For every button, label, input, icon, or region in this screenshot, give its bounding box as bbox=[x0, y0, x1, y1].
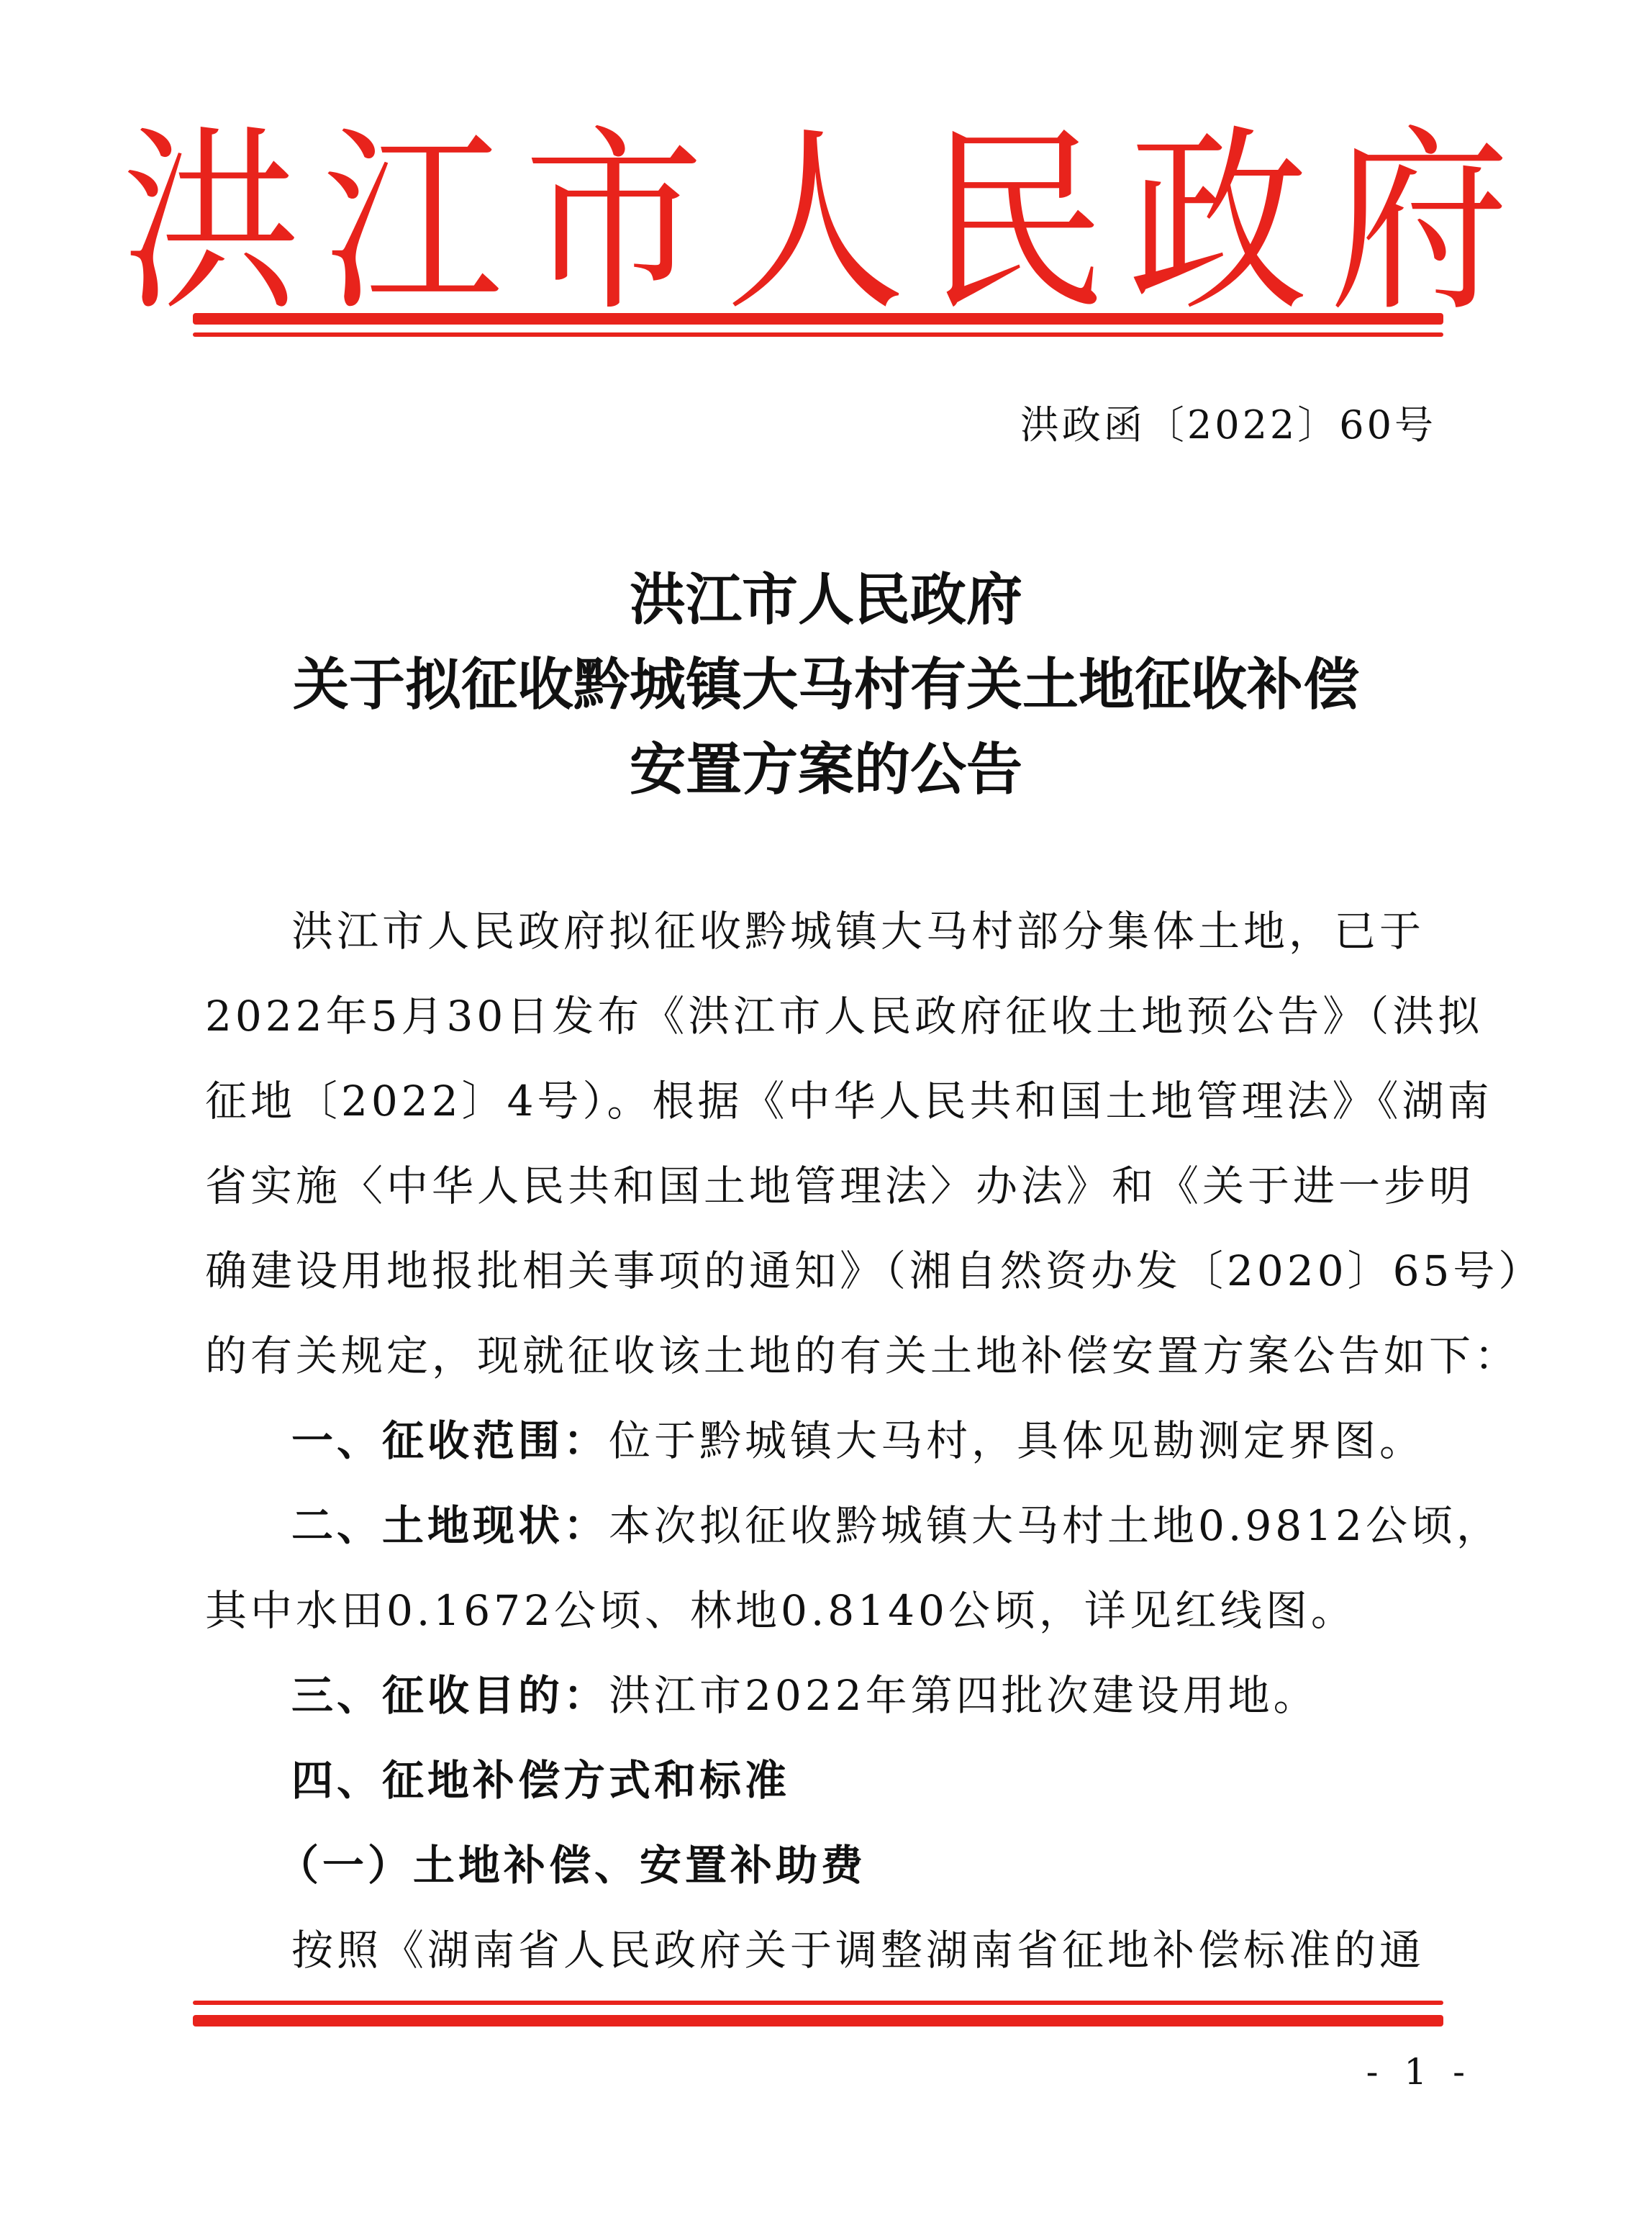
masthead-title: 洪江市人民政府 bbox=[0, 104, 1652, 342]
intro-line: 确建设用地报批相关事项的通知》（湘自然资办发〔2020〕65号） bbox=[205, 1228, 1464, 1313]
intro-line: 洪江市人民政府拟征收黔城镇大马村部分集体土地，已于 bbox=[205, 889, 1464, 974]
intro-line: 省实施〈中华人民共和国土地管理法〉办法》和《关于进一步明 bbox=[205, 1144, 1464, 1228]
title-line-3: 安置方案的公告 bbox=[0, 728, 1652, 812]
notice-title: 洪江市人民政府 关于拟征收黔城镇大马村有关土地征收补偿 安置方案的公告 bbox=[0, 558, 1652, 812]
section-4-text: 按照《湖南省人民政府关于调整湖南省征地补偿标准的通 bbox=[205, 1908, 1464, 1993]
section-4-subheading: （一）土地补偿、安置补助费 bbox=[205, 1823, 1464, 1908]
section-3-label: 三、征收目的： bbox=[291, 1671, 609, 1720]
section-1-text: 位于黔城镇大马村，具体见勘测定界图。 bbox=[609, 1416, 1425, 1465]
intro-line: 征地〔2022〕4号）。根据《中华人民共和国土地管理法》《湖南 bbox=[205, 1059, 1464, 1144]
document-number: 洪政函〔2022〕60号 bbox=[1020, 394, 1436, 450]
intro-line: 的有关规定，现就征收该土地的有关土地补偿安置方案公告如下： bbox=[205, 1313, 1464, 1398]
section-1-label: 一、征收范围： bbox=[291, 1416, 609, 1465]
section-2-continued: 其中水田0.1672公顷、林地0.8140公顷，详见红线图。 bbox=[205, 1568, 1464, 1653]
section-2: 二、土地现状：本次拟征收黔城镇大马村土地0.9812公顷， bbox=[205, 1483, 1464, 1568]
intro-line: 2022年5月30日发布《洪江市人民政府征收土地预公告》（洪拟 bbox=[205, 974, 1464, 1059]
intro-paragraph: 洪江市人民政府拟征收黔城镇大马村部分集体土地，已于 2022年5月30日发布《洪… bbox=[205, 889, 1464, 1993]
section-2-text: 本次拟征收黔城镇大马村土地0.9812公顷， bbox=[609, 1501, 1502, 1550]
footer-rule-thick bbox=[193, 2015, 1443, 2027]
header-rule-thick bbox=[193, 313, 1443, 325]
title-line-2: 关于拟征收黔城镇大马村有关土地征收补偿 bbox=[0, 643, 1652, 728]
page-number: - 1 - bbox=[1366, 2051, 1472, 2093]
title-line-1: 洪江市人民政府 bbox=[0, 558, 1652, 643]
section-3: 三、征收目的：洪江市2022年第四批次建设用地。 bbox=[205, 1653, 1464, 1738]
footer-rule-thin bbox=[193, 2001, 1443, 2005]
section-4-heading: 四、征地补偿方式和标准 bbox=[205, 1738, 1464, 1823]
section-1: 一、征收范围：位于黔城镇大马村，具体见勘测定界图。 bbox=[205, 1398, 1464, 1483]
section-2-label: 二、土地现状： bbox=[291, 1501, 609, 1550]
header-rule-thin bbox=[193, 332, 1443, 337]
section-3-text: 洪江市2022年第四批次建设用地。 bbox=[609, 1671, 1319, 1720]
